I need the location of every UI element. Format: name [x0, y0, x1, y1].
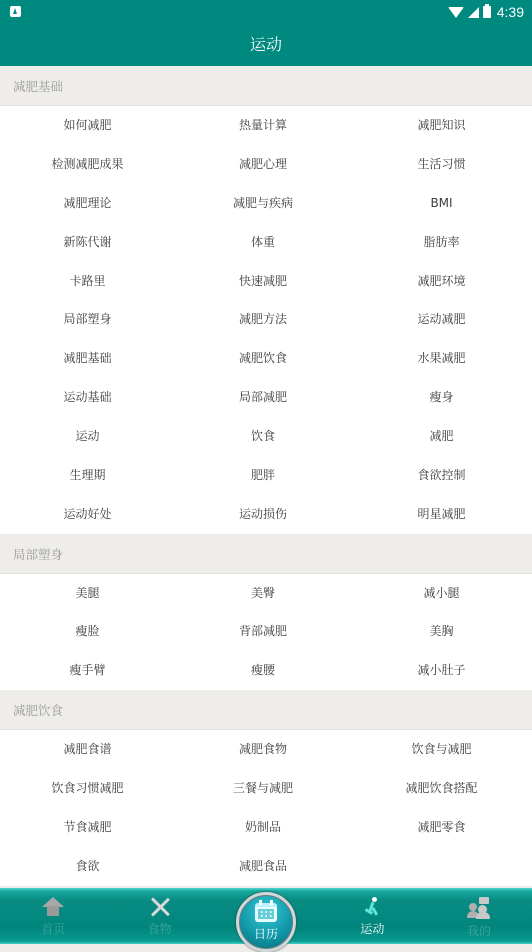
nav-item-food[interactable]: 食物 [106, 888, 212, 944]
nav-item-me[interactable]: 我的 [426, 888, 532, 944]
topic-item[interactable]: 运动好处 [0, 495, 175, 534]
topic-item[interactable]: 瘦身 [351, 378, 532, 417]
nav-item-home[interactable]: 首页 [0, 888, 106, 944]
home-icon [42, 897, 64, 917]
topic-item[interactable]: 减肥零食 [351, 808, 532, 847]
topic-item[interactable]: 水果减肥 [351, 339, 532, 378]
section-header-diet: 减肥饮食 [0, 690, 532, 730]
topic-item[interactable]: 奶制品 [175, 808, 351, 847]
user-group-icon [468, 897, 490, 919]
calendar-icon [255, 903, 277, 922]
nav-label: 日历 [254, 925, 278, 942]
topic-item[interactable]: 饮食 [175, 417, 351, 456]
battery-charging-icon [483, 6, 491, 18]
topic-item[interactable]: 体重 [175, 223, 351, 262]
nav-item-exercise[interactable]: 运动 [319, 888, 425, 944]
topic-item[interactable]: 运动损伤 [175, 495, 351, 534]
topic-item[interactable]: 减肥 [351, 417, 532, 456]
topic-item[interactable]: 肥胖 [175, 456, 351, 495]
topic-item[interactable]: 饮食习惯减肥 [0, 769, 175, 808]
topic-item[interactable]: 美臀 [175, 574, 351, 613]
signal-icon [468, 7, 479, 18]
topic-item[interactable]: 减肥方法 [175, 300, 351, 339]
section-grid-diet: 减肥食谱减肥食物饮食与减肥饮食习惯减肥三餐与减肥减肥饮食搭配节食减肥奶制品减肥零… [0, 730, 532, 886]
topic-item[interactable]: 新陈代谢 [0, 223, 175, 262]
topic-item[interactable]: 明星减肥 [351, 495, 532, 534]
topic-item[interactable]: 检测减肥成果 [0, 145, 175, 184]
topic-item[interactable]: 局部塑身 [0, 300, 175, 339]
topic-item[interactable]: 三餐与减肥 [175, 769, 351, 808]
running-icon [362, 897, 382, 917]
section-header-body-shaping: 局部塑身 [0, 534, 532, 574]
topic-item[interactable]: 生理期 [0, 456, 175, 495]
topic-item[interactable]: 减肥食谱 [0, 730, 175, 769]
topic-item[interactable]: 减小腿 [351, 574, 532, 613]
topic-item[interactable]: 食欲控制 [351, 456, 532, 495]
topic-item[interactable]: 运动 [0, 417, 175, 456]
section-grid-basics: 如何减肥热量计算减肥知识检测减肥成果减肥心理生活习惯减肥理论减肥与疾病BMI新陈… [0, 106, 532, 534]
topic-item[interactable]: 减肥食品 [175, 847, 351, 886]
nav-label: 食物 [148, 920, 172, 937]
notification-icon [10, 6, 21, 17]
fork-knife-icon [149, 897, 171, 917]
topic-item[interactable]: 瘦腰 [175, 651, 351, 690]
topic-item[interactable]: 运动基础 [0, 378, 175, 417]
topic-item[interactable]: 局部减肥 [175, 378, 351, 417]
topic-item[interactable]: 减小肚子 [351, 651, 532, 690]
topic-item[interactable]: 脂肪率 [351, 223, 532, 262]
topic-item[interactable]: 减肥与疾病 [175, 184, 351, 223]
status-time: 4:39 [497, 4, 524, 20]
topic-item[interactable]: 卡路里 [0, 262, 175, 301]
content-scroll[interactable]: 减肥基础 如何减肥热量计算减肥知识检测减肥成果减肥心理生活习惯减肥理论减肥与疾病… [0, 66, 532, 888]
topic-item[interactable]: 快速减肥 [175, 262, 351, 301]
empty-cell [351, 847, 532, 886]
topic-item[interactable]: 减肥知识 [351, 106, 532, 145]
topic-item[interactable]: 减肥饮食搭配 [351, 769, 532, 808]
topic-item[interactable]: 减肥饮食 [175, 339, 351, 378]
topic-item[interactable]: 减肥理论 [0, 184, 175, 223]
page-title: 运动 [250, 35, 282, 54]
topic-item[interactable]: 减肥心理 [175, 145, 351, 184]
topic-item[interactable]: 饮食与减肥 [351, 730, 532, 769]
topic-item[interactable]: BMI [351, 184, 532, 223]
topic-item[interactable]: 美胸 [351, 612, 532, 651]
topic-item[interactable]: 节食减肥 [0, 808, 175, 847]
wifi-icon [448, 7, 464, 18]
nav-label: 运动 [360, 920, 384, 937]
topic-item[interactable]: 瘦脸 [0, 612, 175, 651]
nav-label: 我的 [467, 922, 491, 939]
topic-item[interactable]: 减肥环境 [351, 262, 532, 301]
topic-item[interactable]: 运动减肥 [351, 300, 532, 339]
topic-item[interactable]: 热量计算 [175, 106, 351, 145]
topic-item[interactable]: 美腿 [0, 574, 175, 613]
topic-item[interactable]: 如何减肥 [0, 106, 175, 145]
topic-item[interactable]: 背部减肥 [175, 612, 351, 651]
section-grid-body-shaping: 美腿美臀减小腿瘦脸背部减肥美胸瘦手臂瘦腰减小肚子 [0, 574, 532, 690]
topic-item[interactable]: 瘦手臂 [0, 651, 175, 690]
app-bar: 运动 [0, 24, 532, 66]
topic-item[interactable]: 食欲 [0, 847, 175, 886]
section-header-basics: 减肥基础 [0, 66, 532, 106]
topic-item[interactable]: 生活习惯 [351, 145, 532, 184]
topic-item[interactable]: 减肥基础 [0, 339, 175, 378]
status-bar: 4:39 [0, 0, 532, 24]
nav-label: 首页 [41, 920, 65, 937]
topic-item[interactable]: 减肥食物 [175, 730, 351, 769]
nav-item-calendar[interactable]: 日历 [236, 892, 296, 944]
status-icons: 4:39 [448, 3, 524, 21]
